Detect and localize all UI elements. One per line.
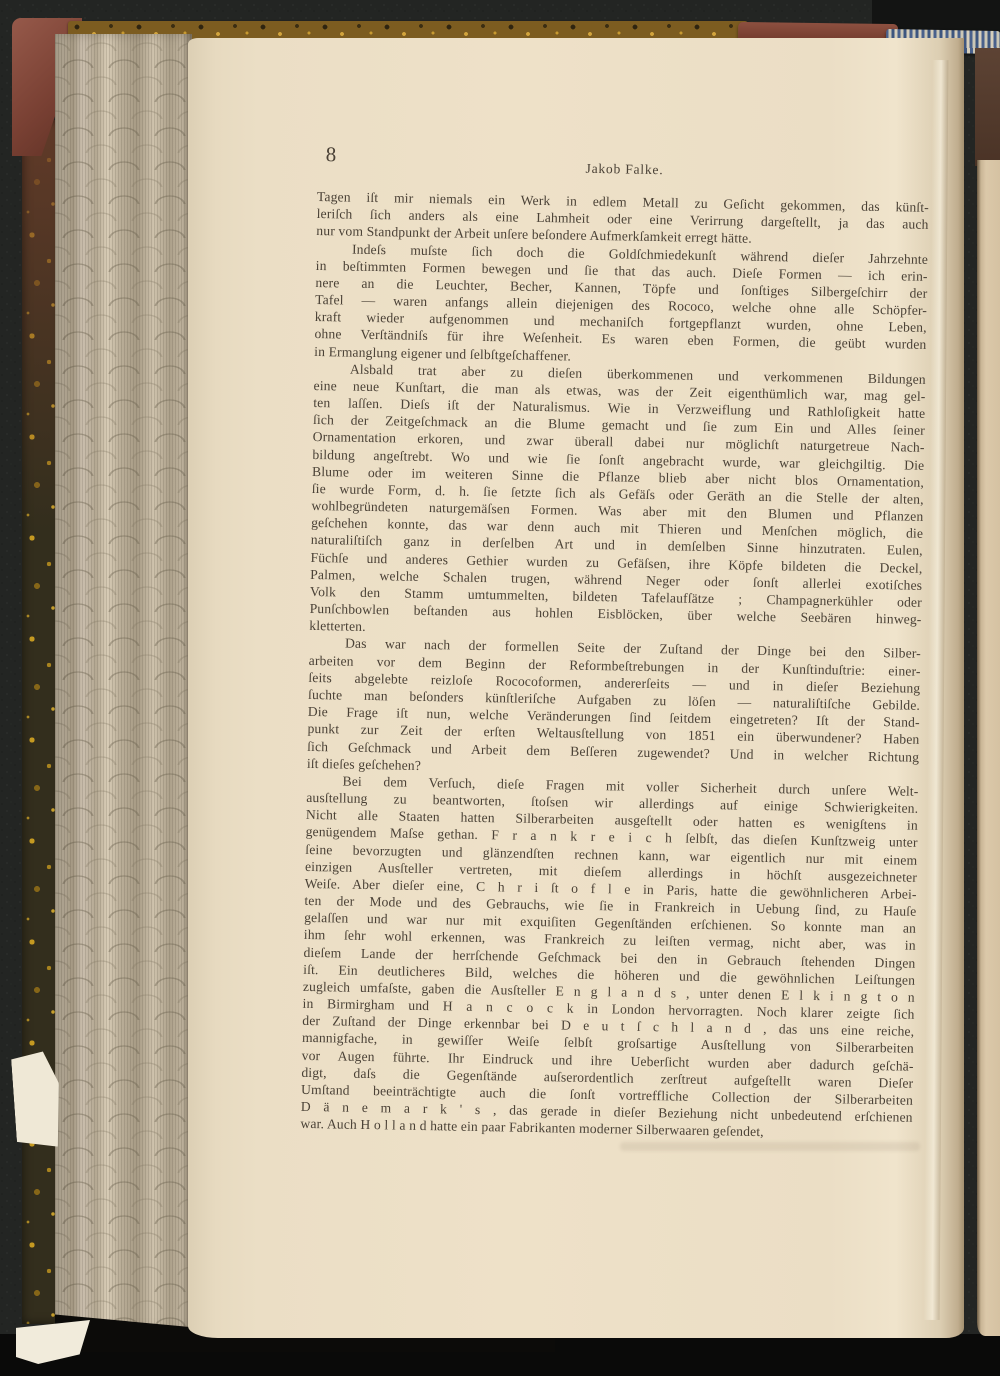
printed-text-layer: 8 Jakob Falke. Tagen iſt mir niemals ein… — [300, 140, 932, 1171]
text-block: Tagen iſt mir niemals ein Werk in edlem … — [300, 188, 929, 1143]
book-scan: 8 Jakob Falke. Tagen iſt mir niemals ein… — [0, 0, 1000, 1376]
cover-edge-right — [975, 48, 1000, 166]
page-stack-fore-edge — [55, 34, 192, 1332]
running-header: Jakob Falke. — [317, 156, 931, 183]
next-page-edge — [977, 160, 1000, 1336]
